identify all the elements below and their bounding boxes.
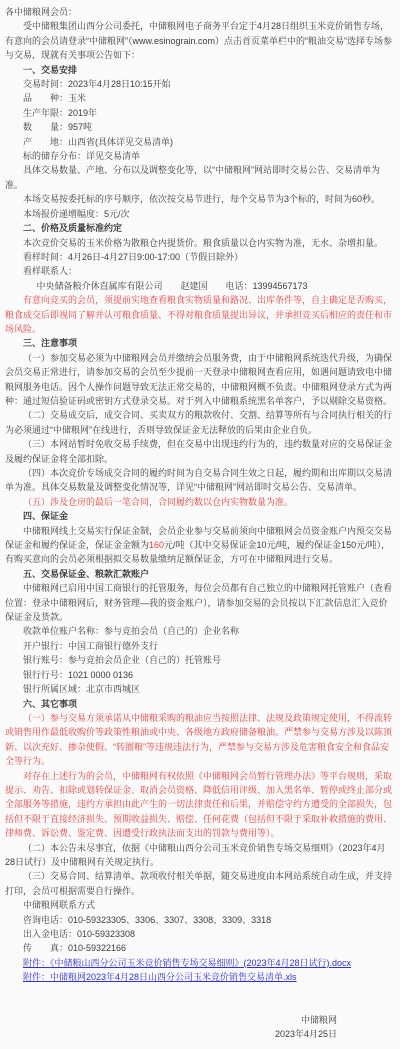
section2-heading: 二、价格及质量标准约定 [5,221,395,235]
contact-title: 中储粮网联系方式 [5,898,395,912]
quantity: 数 量：957吨 [5,120,395,134]
payee-account-name: 收款单位账户名称：参与竞拍会员（自己的）企业名称 [5,624,395,638]
price-note: 本次竞价交易的玉米价格为散粮仓内提货价。粮食质量以仓内实物为准，无水、杂增扣量。 [5,236,395,250]
fund-phone: 出入金电话：010-59323308 [5,927,395,941]
consult-phone: 咨询电话：010-59323305、3306、3307、3308、3309、33… [5,913,395,927]
deposit-paragraph: 中储粮网线上交易实行保证金制，会员企业参与交易前须向中储粮网会员资金账户内预交交… [5,524,395,567]
bank-account-number: 银行账号：参与竞拍会员企业（自己的）托管账号 [5,653,395,667]
sample-time: 看样时间：4月26日-4月27日9:00-17:00（节假日除外） [5,250,395,264]
signature-org: 中储粮网 [5,1013,395,1027]
inspection-warning: 有意向竞买的会员，须提前实地查看粮食实物质量和路况、出库条件等，自主确定是否购买… [5,293,395,336]
sample-contact: 中央储备粮介休直属库有限公司 赵建国 电话：13994567173 [5,279,395,293]
attachment-link-rules-docx[interactable]: 附件：《中储粮山西分公司玉米竞价销售专场交易细则》(2023年4月28日试行).… [5,956,395,970]
bank-branch-number: 银行行号：1021 0000 0136 [5,668,395,682]
notice-item-5: （五）涉及仓房的最后一笔合同，合同履约数以仓内实物数量为准。 [5,495,395,509]
section6-heading: 六、其它事项 [5,697,395,711]
notice-item-4: （四）本次竞价专场成交合同的履约时间为自交易合同生效之日起，履约期和出库期以交易… [5,466,395,495]
section1-heading: 一、交易安排 [5,63,395,77]
trade-time: 交易时间：2023年4月28日10:15开始 [5,77,395,91]
attachment-link-list-xls[interactable]: 附件：中储粮网2023年4月28日山西分公司玉米竞价销售交易清单.xls [5,970,395,984]
section4-heading: 四、保证金 [5,509,395,523]
salutation: 各中储粮网会员： [5,5,395,19]
compliance-warning-2: 对存在上述行为的会员，中储粮网有权依照《中储粮网会员暂行管理办法》等平台规则，采… [5,769,395,841]
list-disclaimer: 具体交易数量、产地、分布以及调整变化等，以“中储粮网”网站即时交易公告、交易清单… [5,163,395,192]
bid-increment: 本场报价递增幅度：5元/次 [5,207,395,221]
fax-number: 传 真：010-59322166 [5,941,395,955]
escrow-intro: 中储粮网已启用中国工商银行的托管服务，每位会员都有自己独立的中储粮网托管账户（查… [5,581,395,624]
section3-heading: 三、注意事项 [5,336,395,350]
section5-heading: 五、交易保证金、粮款汇款账户 [5,567,395,581]
notice-item-1: （一）参加交易必须为中储粮网会员并缴纳会员服务费，由于中储粮网系统迭代升级，为确… [5,351,395,409]
other-item-3: （三）交易合同、结算清单、款项收付相关单据，随交易进度由本网站系统自动生成，并支… [5,869,395,898]
announcement-document: 各中储粮网会员： 受中储粮集团山西分公司委托，中储粮网电子商务平台定于4月28日… [0,0,400,1049]
notice-item-2: （二）交易成交后，成交合同、买卖双方的粮款收付、交割、结算等所有与合同执行相关的… [5,408,395,437]
intro-paragraph: 受中储粮集团山西分公司委托，中储粮网电子商务平台定于4月28日组织玉米竞价销售专… [5,19,395,62]
deposit-amount: 160 [149,540,164,550]
variety: 品 种：玉米 [5,91,395,105]
compliance-warning-1: （一）参与交易方须承诺从中储粮采购的粮油应当按照法律、法规及政策规定使用，不得流… [5,711,395,769]
session-rule: 本场交易按委托标的序号顺序，依次按交易节进行，每个交易节为3个标的，时间为60秒… [5,192,395,206]
origin: 产 地：山西省(具体详见交易清单) [5,135,395,149]
notice-item-3: （三）本网站暂时免收交易手续费，但在交易中出现违约行为的，违约数量对应的交易保证… [5,437,395,466]
signature-date: 2023年4月25日 [5,1027,395,1041]
storage-distribution: 标的储存分布：详见交易清单 [5,149,395,163]
production-year: 生产年限：2019年 [5,106,395,120]
other-item-2: （二）本公告未尽事宜，依据《中储粮山西分公司玉米竞价销售专场交易细则》（2023… [5,841,395,870]
bank-region: 银行所属区域：北京市西城区 [5,682,395,696]
signature-block: 中储粮网 2023年4月25日 [5,1013,395,1042]
sample-contact-label: 看样联系人： [5,264,395,278]
bank-name: 开户银行：中国工商银行德外支行 [5,639,395,653]
